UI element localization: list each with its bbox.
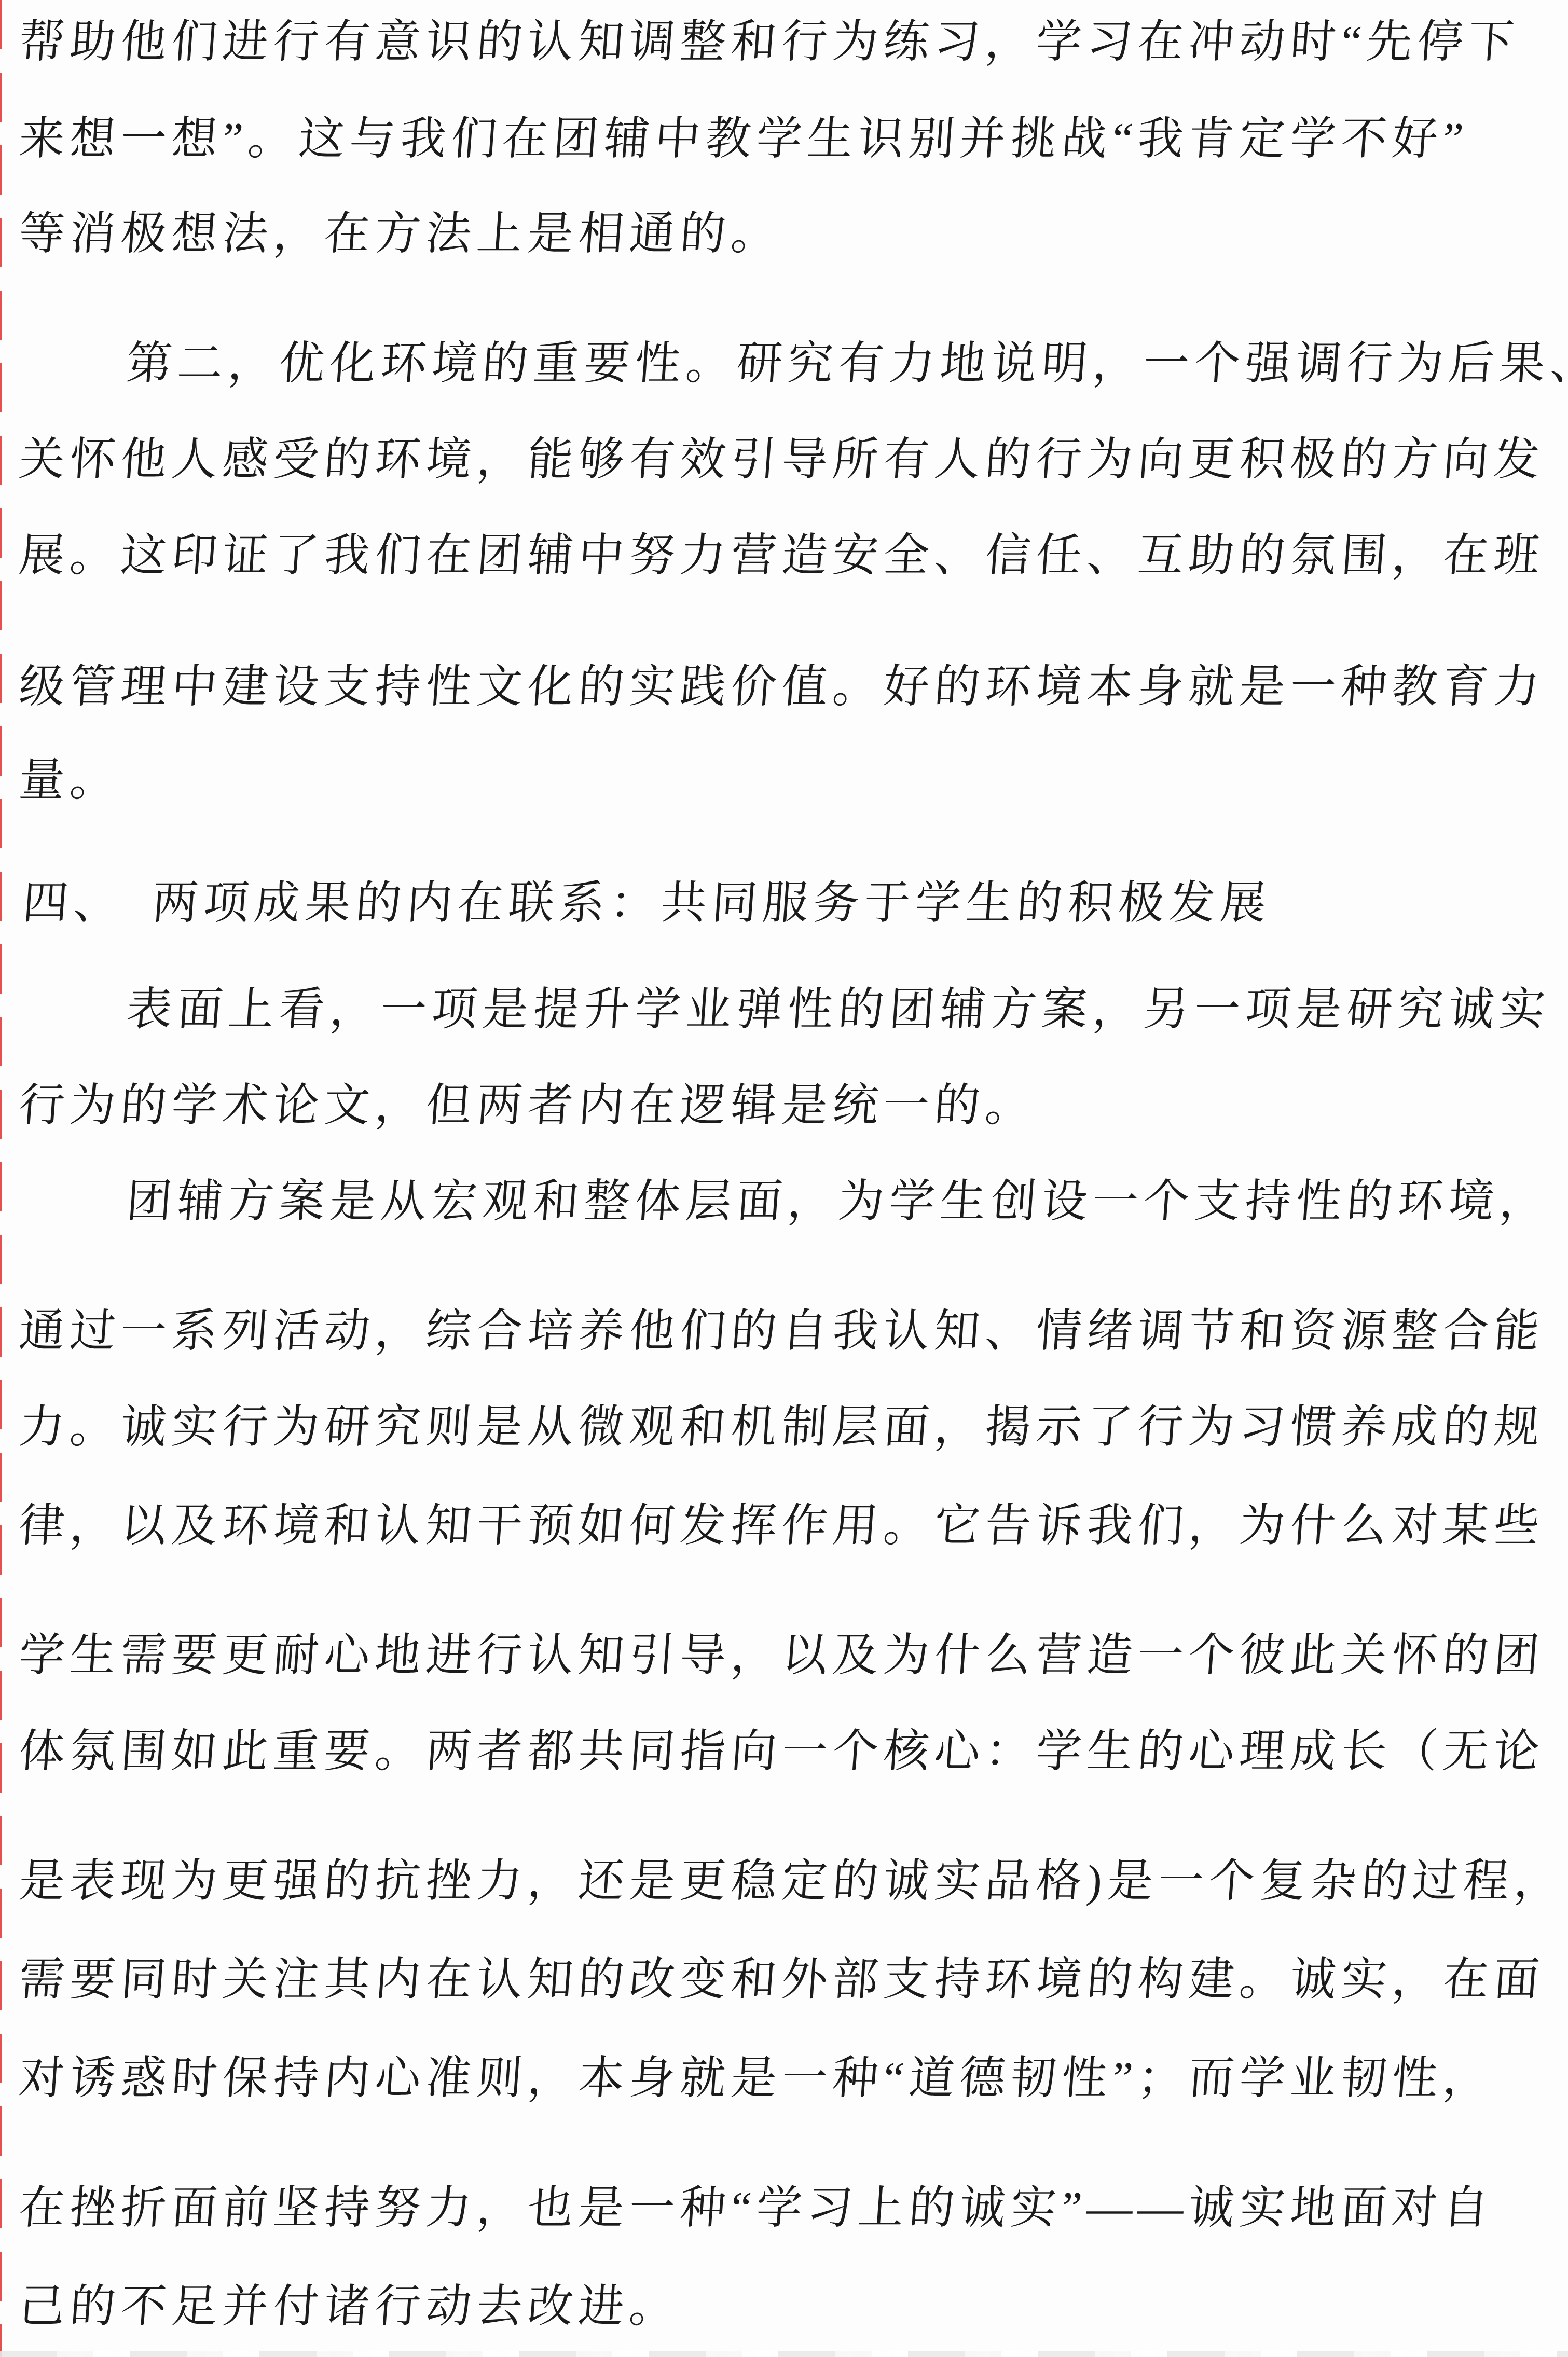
- paragraph-start-line: 团辅方案是从宏观和整体层面，为学生创设一个支持性的环境，: [17, 1175, 1566, 1229]
- text-line: 在挫折面前坚持努力，也是一种“学习上的诚实”——诚实地面对自: [17, 2182, 1566, 2236]
- text-line: 来想一想”。这与我们在团辅中教学生识别并挑战“我肯定学不好”: [17, 113, 1566, 167]
- document-page: 帮助他们进行有意识的认知调整和行为练习，学习在冲动时“先停下 来想一想”。这与我…: [0, 0, 1568, 2357]
- text-line: 学生需要更耐心地进行认知引导，以及为什么营造一个彼此关怀的团: [17, 1629, 1566, 1683]
- text-line: 通过一系列活动，综合培养他们的自我认知、情绪调节和资源整合能: [17, 1305, 1566, 1359]
- scan-bottom-edge-artifact: [0, 2351, 1568, 2357]
- text-line: 力。诚实行为研究则是从微观和机制层面，揭示了行为习惯养成的规: [17, 1401, 1566, 1455]
- text-line: 需要同时关注其内在认知的改变和外部支持环境的构建。诚实，在面: [17, 1953, 1566, 2007]
- paragraph-start-line: 第二，优化环境的重要性。研究有力地说明，一个强调行为后果、: [17, 337, 1566, 391]
- text-line: 行为的学术论文，但两者内在逻辑是统一的。: [17, 1079, 1566, 1133]
- text-line: 是表现为更强的抗挫力，还是更稳定的诚实品格)是一个复杂的过程，: [17, 1855, 1566, 1909]
- text-line: 体氛围如此重要。两者都共同指向一个核心：学生的心理成长（无论: [17, 1725, 1566, 1779]
- text-line: 量。: [17, 754, 1566, 808]
- text-line: 关怀他人感受的环境，能够有效引导所有人的行为向更积极的方向发: [17, 433, 1566, 487]
- text-line: 帮助他们进行有意识的认知调整和行为练习，学习在冲动时“先停下: [17, 16, 1566, 70]
- scan-left-edge-artifact: [0, 0, 2, 2357]
- paragraph-start-line: 表面上看，一项是提升学业弹性的团辅方案，另一项是研究诚实: [17, 983, 1566, 1037]
- text-line: 展。这印证了我们在团辅中努力营造安全、信任、互助的氛围，在班: [17, 529, 1566, 583]
- text-line: 己的不足并付诸行动去改进。: [17, 2280, 1566, 2334]
- text-line: 对诱惑时保持内心准则，本身就是一种“道德韧性”；而学业韧性，: [17, 2052, 1566, 2106]
- text-line: 律，以及环境和认知干预如何发挥作用。它告诉我们，为什么对某些: [17, 1499, 1566, 1553]
- text-line: 级管理中建设支持性文化的实践价值。好的环境本身就是一种教育力: [17, 660, 1566, 714]
- text-line: 等消极想法，在方法上是相通的。: [17, 208, 1566, 261]
- section-heading: 四、 两项成果的内在联系：共同服务于学生的积极发展: [21, 877, 1566, 931]
